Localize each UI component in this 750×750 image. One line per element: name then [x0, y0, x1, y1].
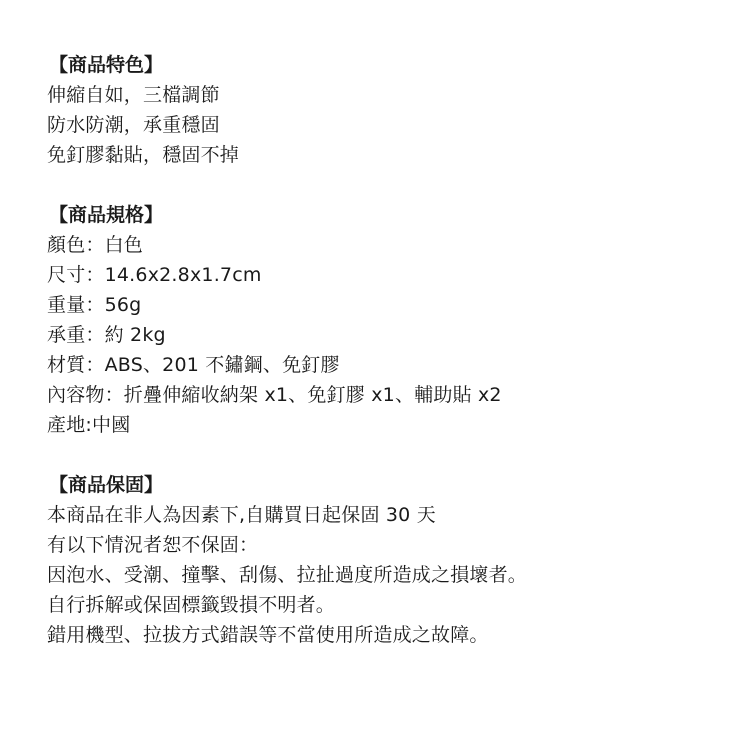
- warranty-line: 自行拆解或保固標籤毀損不明者。: [47, 590, 727, 620]
- section-heading-features: 【商品特色】: [49, 50, 727, 80]
- spec-origin: 產地:中國: [47, 410, 727, 440]
- warranty-line: 本商品在非人為因素下,自購買日起保固 30 天: [47, 500, 727, 530]
- section-heading-warranty: 【商品保固】: [49, 470, 727, 500]
- spec-load-capacity: 承重：約 2kg: [47, 320, 727, 350]
- section-heading-specifications: 【商品規格】: [49, 200, 727, 230]
- section-warranty: 【商品保固】 本商品在非人為因素下,自購買日起保固 30 天 有以下情況者恕不保…: [47, 470, 727, 650]
- feature-line: 免釘膠黏貼，穩固不掉: [47, 140, 727, 170]
- spec-weight: 重量：56g: [47, 290, 727, 320]
- spec-material: 材質：ABS、201 不鏽鋼、免釘膠: [47, 350, 727, 380]
- warranty-line: 有以下情況者恕不保固：: [47, 530, 727, 560]
- spec-contents: 內容物：折疊伸縮收納架 x1、免釘膠 x1、輔助貼 x2: [47, 380, 727, 410]
- warranty-line: 錯用機型、拉拔方式錯誤等不當使用所造成之故障。: [47, 620, 727, 650]
- section-features: 【商品特色】 伸縮自如，三檔調節 防水防潮，承重穩固 免釘膠黏貼，穩固不掉: [47, 50, 727, 170]
- feature-line: 伸縮自如，三檔調節: [47, 80, 727, 110]
- warranty-line: 因泡水、受潮、撞擊、刮傷、拉扯過度所造成之損壞者。: [47, 560, 727, 590]
- section-specifications: 【商品規格】 顏色：白色 尺寸：14.6x2.8x1.7cm 重量：56g 承重…: [47, 200, 727, 440]
- product-description: 【商品特色】 伸縮自如，三檔調節 防水防潮，承重穩固 免釘膠黏貼，穩固不掉 【商…: [47, 50, 727, 650]
- spec-size: 尺寸：14.6x2.8x1.7cm: [47, 260, 727, 290]
- spec-color: 顏色：白色: [47, 230, 727, 260]
- feature-line: 防水防潮，承重穩固: [47, 110, 727, 140]
